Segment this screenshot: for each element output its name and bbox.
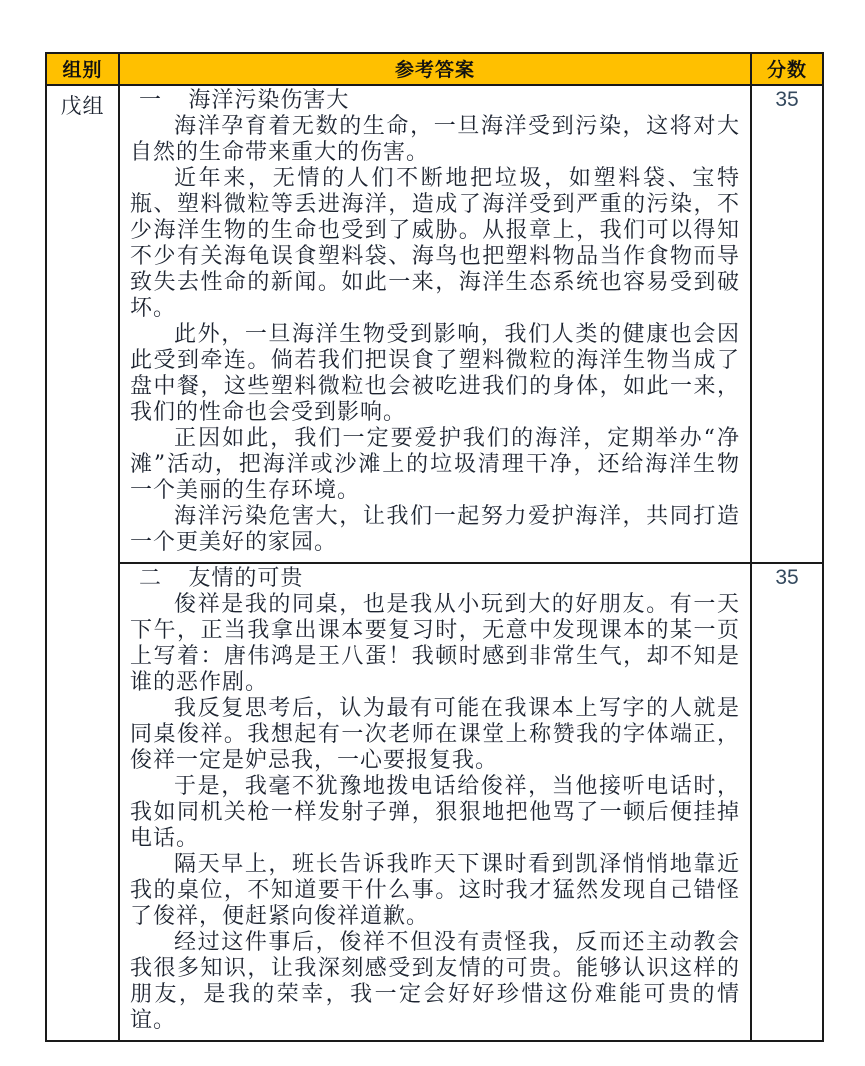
answer-paragraph: 于是，我毫不犹豫地拨电话给俊祥，当他接听电话时，我如同机关枪一样发射子弹，狠狠地… — [130, 774, 740, 852]
score-cell-essay-1: 35 — [751, 85, 823, 563]
essay-1-title: 一海洋污染伤害大 — [130, 88, 740, 114]
header-cell-answer: 参考答案 — [119, 53, 751, 85]
essay-2-title: 二友情的可贵 — [130, 566, 740, 592]
header-cell-score: 分数 — [751, 53, 823, 85]
essay-2-title-text: 友情的可贵 — [188, 566, 303, 591]
answer-paragraph: 近年来，无情的人们不断地把垃圾，如塑料袋、宝特瓶、塑料微粒等丢进海洋，造成了海洋… — [130, 166, 740, 322]
answer-paragraph: 我反复思考后，认为最有可能在我课本上写字的人就是同桌俊祥。我想起有一次老师在课堂… — [130, 696, 740, 774]
table-header-row: 组别 参考答案 分数 — [46, 53, 823, 85]
header-cell-group: 组别 — [46, 53, 119, 85]
score-cell-essay-2: 35 — [751, 563, 823, 1041]
essay-1-paragraphs: 海洋孕育着无数的生命，一旦海洋受到污染，这将对大自然的生命带来重大的伤害。近年来… — [130, 114, 740, 556]
answer-paragraph: 俊祥是我的同桌，也是我从小玩到大的好朋友。有一天下午，正当我拿出课本要复习时，无… — [130, 592, 740, 696]
essay-2-number: 二 — [139, 566, 162, 592]
answer-cell-essay-1: 一海洋污染伤害大 海洋孕育着无数的生命，一旦海洋受到污染，这将对大自然的生命带来… — [119, 85, 751, 563]
answer-paragraph: 海洋孕育着无数的生命，一旦海洋受到污染，这将对大自然的生命带来重大的伤害。 — [130, 114, 740, 166]
group-cell: 戊组 — [46, 85, 119, 1041]
answer-table: 组别 参考答案 分数 戊组 一海洋污染伤害大 海洋孕育着无数的生命，一旦海洋受到… — [45, 52, 824, 1042]
answer-paragraph: 经过这件事后，俊祥不但没有责怪我，反而还主动教会我很多知识，让我深刻感受到友情的… — [130, 930, 740, 1034]
essay-2-paragraphs: 俊祥是我的同桌，也是我从小玩到大的好朋友。有一天下午，正当我拿出课本要复习时，无… — [130, 592, 740, 1034]
essay-1-title-text: 海洋污染伤害大 — [188, 88, 349, 113]
answer-paragraph: 正因如此，我们一定要爱护我们的海洋，定期举办“净滩”活动，把海洋或沙滩上的垃圾清… — [130, 426, 740, 504]
answer-cell-essay-2: 二友情的可贵 俊祥是我的同桌，也是我从小玩到大的好朋友。有一天下午，正当我拿出课… — [119, 563, 751, 1041]
answer-paragraph: 隔天早上，班长告诉我昨天下课时看到凯泽悄悄地靠近我的桌位，不知道要干什么事。这时… — [130, 852, 740, 930]
table-row-essay-2: 二友情的可贵 俊祥是我的同桌，也是我从小玩到大的好朋友。有一天下午，正当我拿出课… — [46, 563, 823, 1041]
essay-1-number: 一 — [139, 88, 162, 114]
table-row-essay-1: 戊组 一海洋污染伤害大 海洋孕育着无数的生命，一旦海洋受到污染，这将对大自然的生… — [46, 85, 823, 563]
answer-paragraph: 海洋污染危害大，让我们一起努力爱护海洋，共同打造一个更美好的家园。 — [130, 504, 740, 556]
answer-paragraph: 此外，一旦海洋生物受到影响，我们人类的健康也会因此受到牵连。倘若我们把误食了塑料… — [130, 322, 740, 426]
document-page: 组别 参考答案 分数 戊组 一海洋污染伤害大 海洋孕育着无数的生命，一旦海洋受到… — [0, 0, 865, 1066]
